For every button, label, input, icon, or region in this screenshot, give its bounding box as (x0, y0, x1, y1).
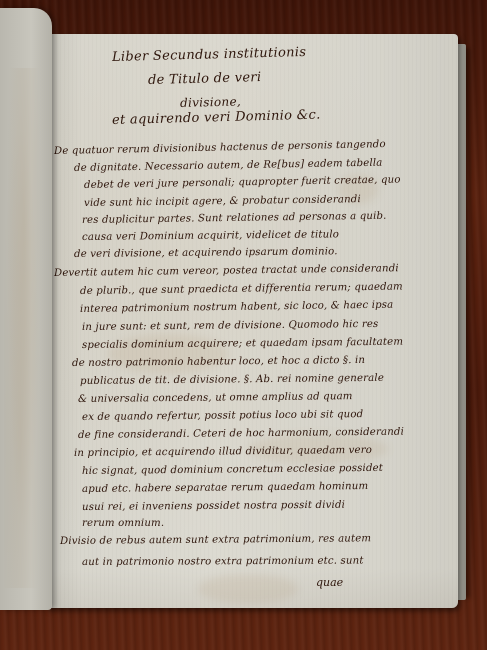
heading-line: divisione, (180, 94, 241, 110)
catchword: quae (316, 576, 343, 589)
facing-page-left (0, 8, 52, 610)
text-line: rerum omnium. (82, 518, 164, 529)
heading-line: de Titulo de veri (148, 70, 262, 88)
paper-stain (4, 68, 44, 588)
text-line: aut in patrimonio nostro extra patrimoni… (82, 556, 364, 568)
paper-stain (198, 574, 298, 604)
text-line: usui rei, ei inveniens possidet nostra p… (82, 500, 345, 513)
